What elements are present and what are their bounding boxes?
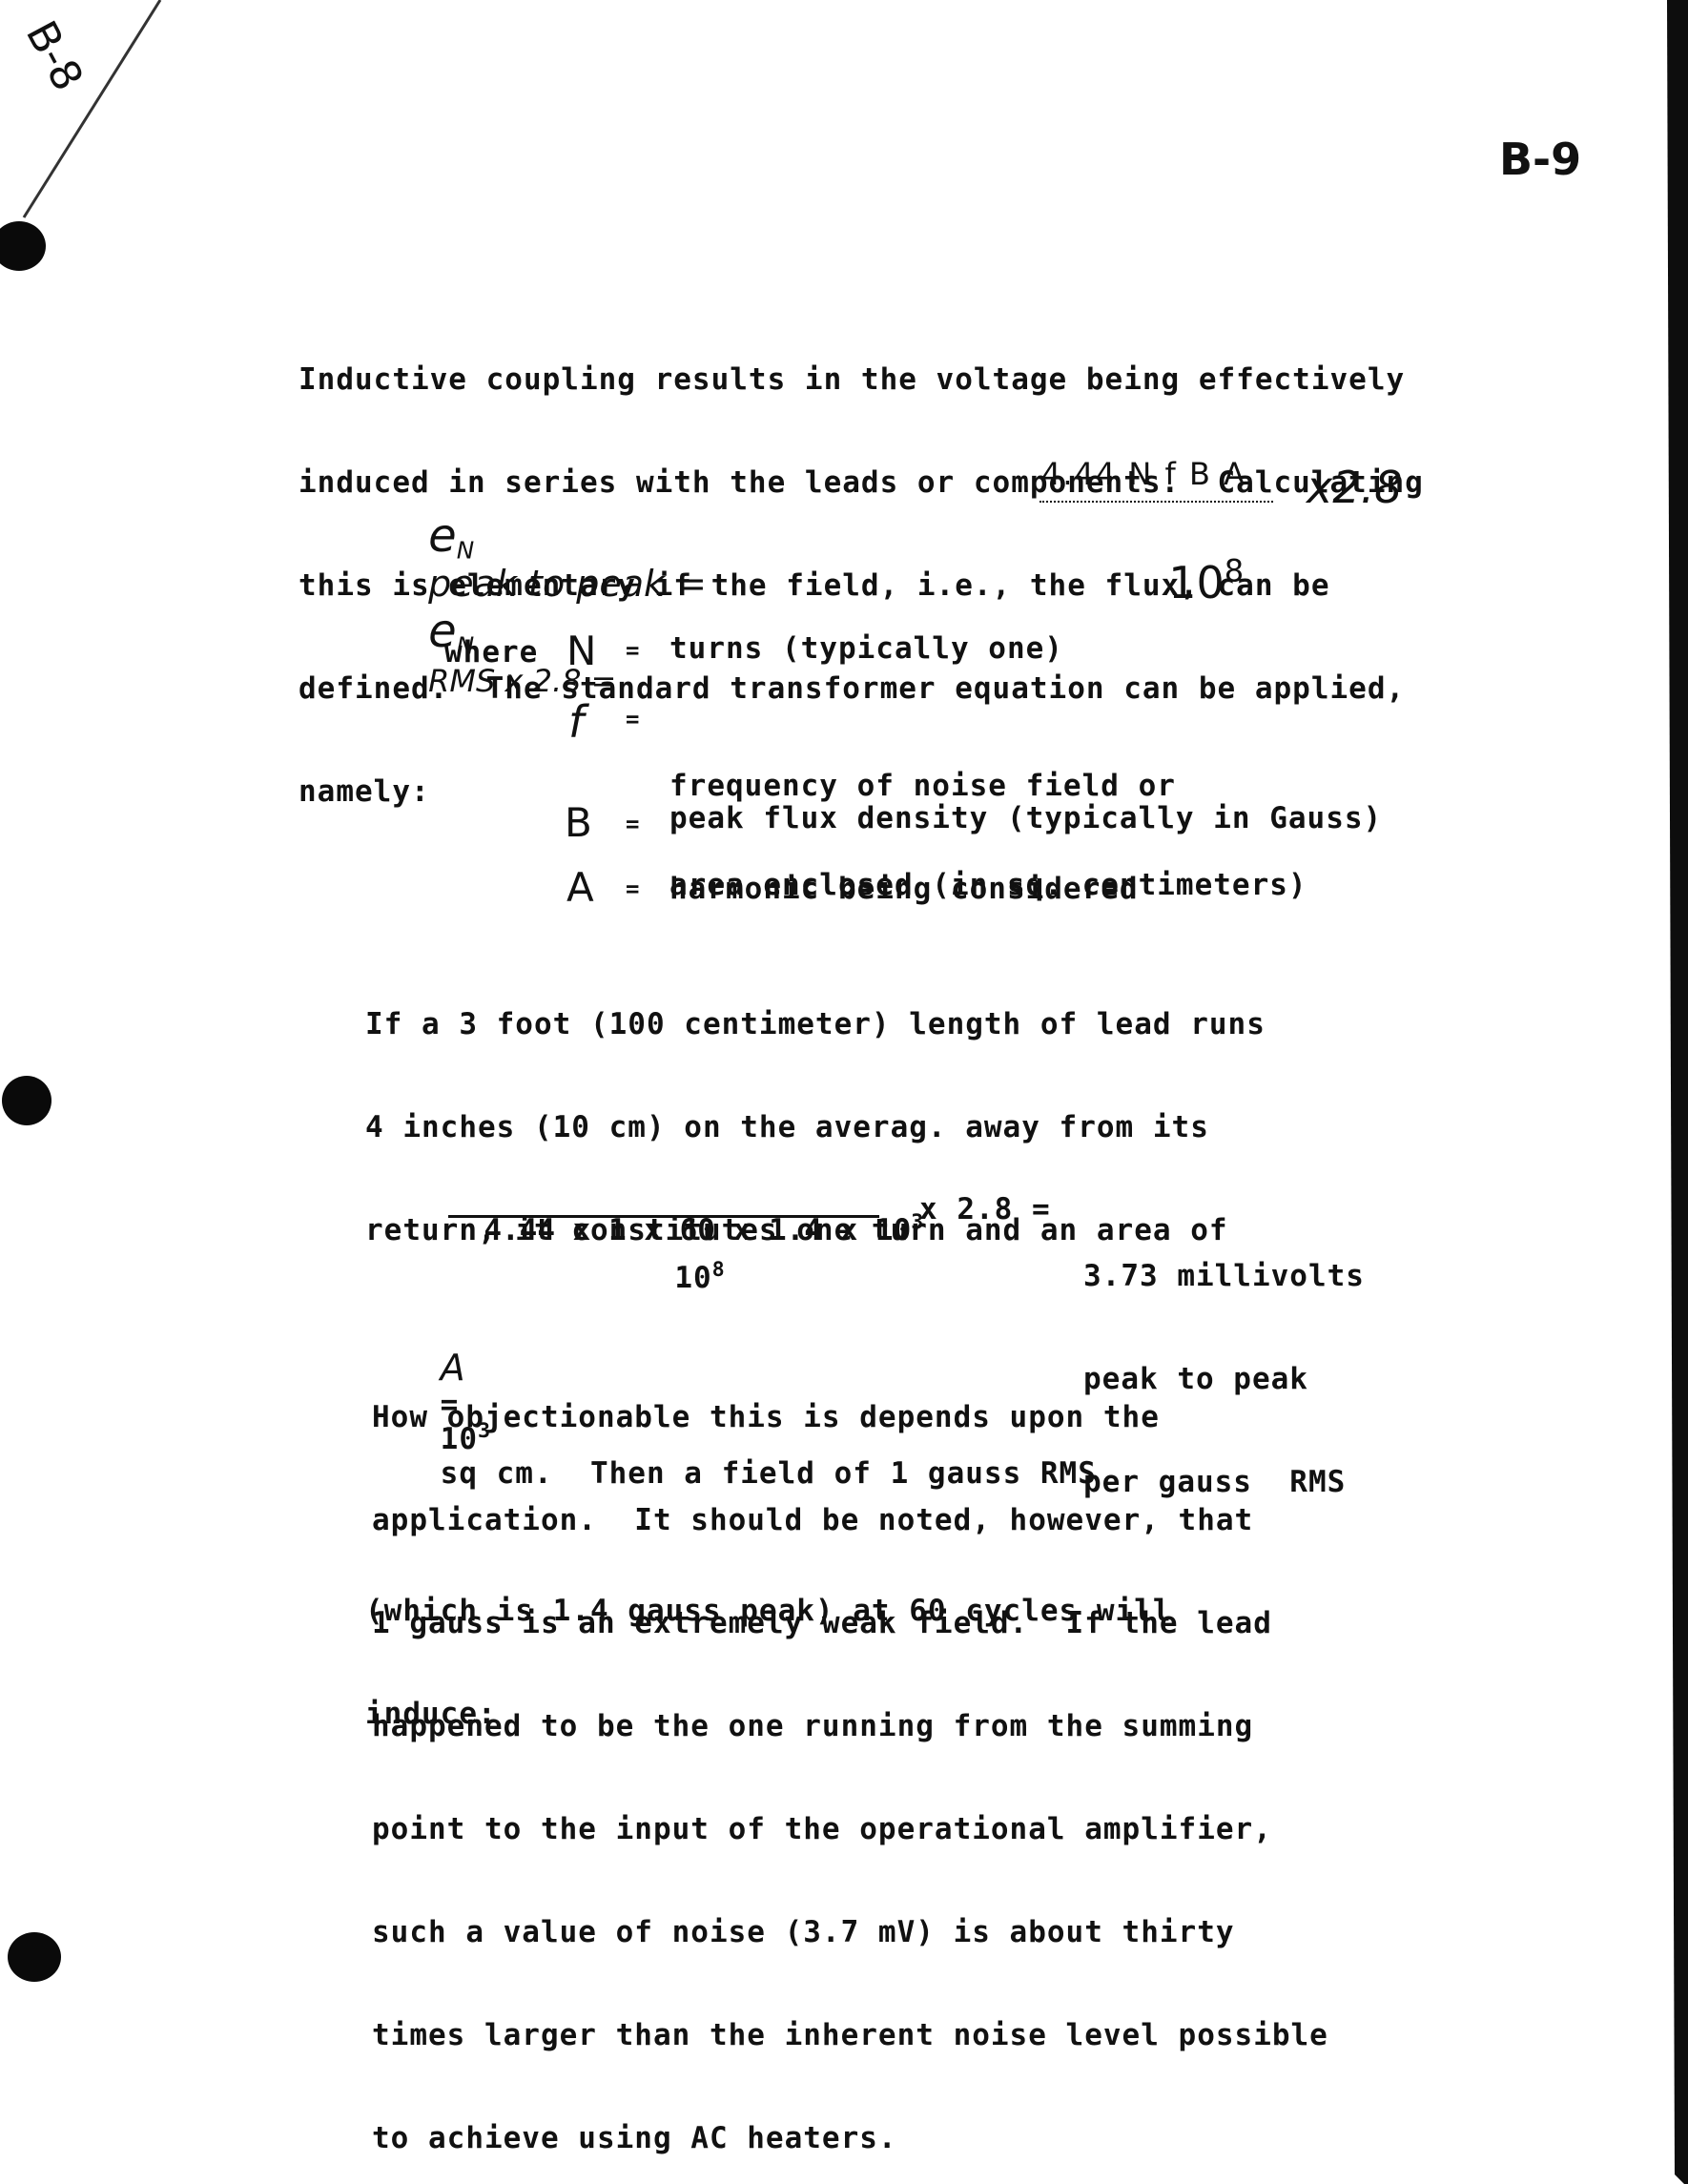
text-line: 3.73 millivolts <box>1083 1259 1365 1293</box>
text-line: to achieve using AC heaters. <box>372 2121 1328 2155</box>
def-eq: = <box>626 633 640 668</box>
text-line: If a 3 foot (100 centimeter) length of l… <box>365 1007 1266 1041</box>
calc-multiplier: x 2.8 = <box>919 1192 1051 1226</box>
def-eq: = <box>626 807 640 841</box>
text-line: application. It should be noted, however… <box>372 1503 1328 1537</box>
punch-hole-bottom <box>8 1932 61 1982</box>
eq-lhs-sub: N <box>457 536 474 564</box>
calc-fraction-bar <box>448 1215 879 1218</box>
text-line: point to the input of the operational am… <box>372 1812 1328 1846</box>
punch-hole-middle <box>2 1076 51 1125</box>
def-text-A: area enclosed (in sq. centimeters) <box>669 868 1307 902</box>
eq-multiplier: x2.8 <box>1307 462 1402 513</box>
def-text-N: turns (typically one) <box>669 631 1063 666</box>
eq-denominator-base: 10 <box>1168 557 1225 608</box>
text-line: How objectionable this is depends upon t… <box>372 1400 1328 1434</box>
eq-lhs-text: peak to peak = <box>428 563 707 605</box>
text-line: happened to be the one running from the … <box>372 1709 1328 1743</box>
def-symbol-N: N <box>566 628 596 674</box>
text-line: Inductive coupling results in the voltag… <box>298 362 1424 397</box>
def-symbol-B: B <box>565 799 592 846</box>
text-line: frequency of noise field or <box>669 769 1176 803</box>
eq-numerator: 4.44 N f B A <box>1041 456 1246 492</box>
text-line: such a value of noise (3.7 mV) is about … <box>372 1915 1328 1949</box>
where-label: where <box>444 635 538 670</box>
def-symbol-A: A <box>566 864 594 911</box>
text-line: times larger than the inherent noise lev… <box>372 2018 1328 2052</box>
conclusion-paragraph: How objectionable this is depends upon t… <box>372 1331 1328 2184</box>
calc-denominator: 108 <box>637 1226 726 1295</box>
eq-lhs-symbol: e <box>428 509 457 563</box>
calc-denominator-exp: 8 <box>712 1258 726 1282</box>
eq-fraction-bar <box>1040 501 1273 503</box>
calc-denominator-base: 10 <box>674 1261 711 1295</box>
def-symbol-f: f <box>568 696 584 748</box>
page-number: B-9 <box>1499 134 1581 185</box>
def-text-B: peak flux density (typically in Gauss) <box>669 801 1382 835</box>
def-eq: = <box>626 872 640 906</box>
def-eq: = <box>626 702 640 736</box>
text-line: 4 inches (10 cm) on the averag. away fro… <box>365 1110 1266 1144</box>
eq-denominator-exp: 8 <box>1225 552 1244 588</box>
eq-denominator: 108 <box>1141 505 1244 608</box>
text-line: 1 gauss is an extremely weak field. If t… <box>372 1606 1328 1640</box>
